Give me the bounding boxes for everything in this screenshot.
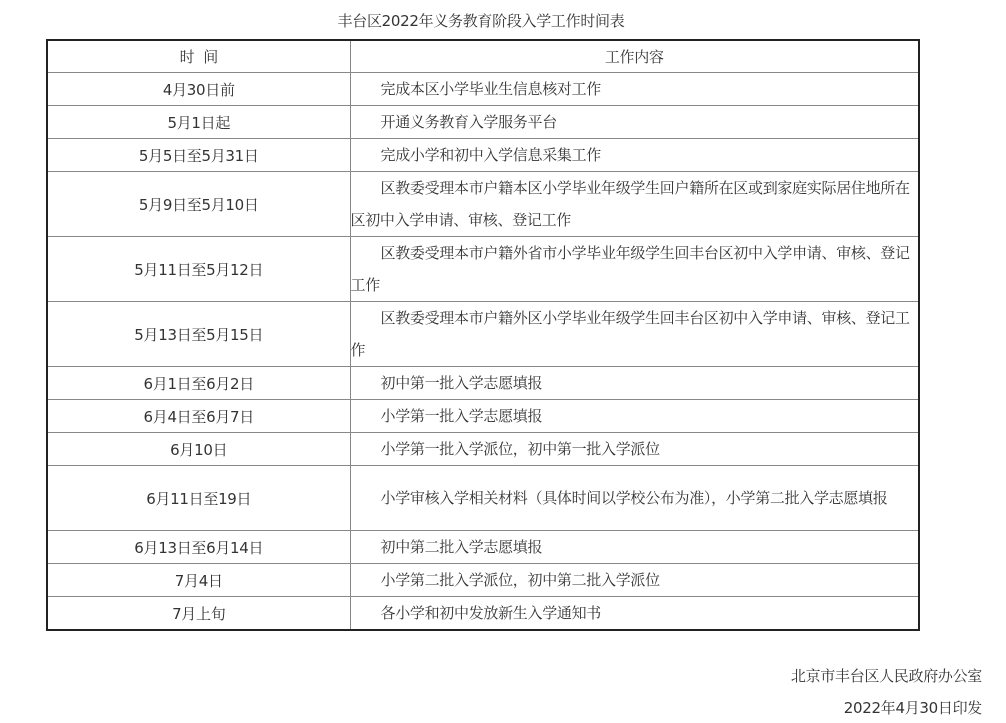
row-work: 区教委受理本市户籍外省市小学毕业年级学生回丰台区初中入学申请、审核、登记工作 bbox=[350, 237, 919, 302]
table-row: 5月11日至5月12日 区教委受理本市户籍外省市小学毕业年级学生回丰台区初中入学… bbox=[47, 237, 919, 302]
schedule-table: 时 间 工作内容 4月30日前 完成本区小学毕业生信息核对工作 5月1日起 开通… bbox=[46, 39, 920, 631]
row-time: 7月上旬 bbox=[47, 597, 350, 631]
row-work: 小学第一批入学志愿填报 bbox=[350, 400, 919, 433]
table-row: 7月上旬 各小学和初中发放新生入学通知书 bbox=[47, 597, 919, 631]
table-row: 6月13日至6月14日 初中第二批入学志愿填报 bbox=[47, 531, 919, 564]
row-time: 6月13日至6月14日 bbox=[47, 531, 350, 564]
row-work: 区教委受理本市户籍本区小学毕业年级学生回户籍所在区或到家庭实际居住地所在区初中入… bbox=[350, 172, 919, 237]
row-time: 6月1日至6月2日 bbox=[47, 367, 350, 400]
row-work: 初中第一批入学志愿填报 bbox=[350, 367, 919, 400]
table-row: 5月13日至5月15日 区教委受理本市户籍外区小学毕业年级学生回丰台区初中入学申… bbox=[47, 302, 919, 367]
row-work: 完成本区小学毕业生信息核对工作 bbox=[350, 73, 919, 106]
row-time: 5月13日至5月15日 bbox=[47, 302, 350, 367]
document-title: 丰台区2022年义务教育阶段入学工作时间表 bbox=[0, 10, 962, 32]
table-row: 5月5日至5月31日 完成小学和初中入学信息采集工作 bbox=[47, 139, 919, 172]
table-row: 5月9日至5月10日 区教委受理本市户籍本区小学毕业年级学生回户籍所在区或到家庭… bbox=[47, 172, 919, 237]
table-row: 6月1日至6月2日 初中第一批入学志愿填报 bbox=[47, 367, 919, 400]
row-time: 6月10日 bbox=[47, 433, 350, 466]
table-header-row: 时 间 工作内容 bbox=[47, 40, 919, 73]
row-time: 4月30日前 bbox=[47, 73, 350, 106]
table-row: 7月4日 小学第二批入学派位，初中第二批入学派位 bbox=[47, 564, 919, 597]
row-work: 开通义务教育入学服务平台 bbox=[350, 106, 919, 139]
row-time: 5月1日起 bbox=[47, 106, 350, 139]
header-work-content: 工作内容 bbox=[350, 40, 919, 73]
row-time: 6月11日至19日 bbox=[47, 466, 350, 531]
row-work: 区教委受理本市户籍外区小学毕业年级学生回丰台区初中入学申请、审核、登记工作 bbox=[350, 302, 919, 367]
table-row: 5月1日起 开通义务教育入学服务平台 bbox=[47, 106, 919, 139]
row-work: 各小学和初中发放新生入学通知书 bbox=[350, 597, 919, 631]
row-work: 小学第一批入学派位，初中第一批入学派位 bbox=[350, 433, 919, 466]
row-time: 6月4日至6月7日 bbox=[47, 400, 350, 433]
table-row: 6月11日至19日 小学审核入学相关材料（具体时间以学校公布为准），小学第二批入… bbox=[47, 466, 919, 531]
row-time: 5月11日至5月12日 bbox=[47, 237, 350, 302]
row-work: 完成小学和初中入学信息采集工作 bbox=[350, 139, 919, 172]
row-work: 小学审核入学相关材料（具体时间以学校公布为准），小学第二批入学志愿填报 bbox=[350, 466, 919, 531]
issue-date: 2022年4月30日印发 bbox=[844, 697, 982, 718]
header-time: 时 间 bbox=[47, 40, 350, 73]
row-time: 5月9日至5月10日 bbox=[47, 172, 350, 237]
table-row: 6月4日至6月7日 小学第一批入学志愿填报 bbox=[47, 400, 919, 433]
issuing-office: 北京市丰台区人民政府办公室 bbox=[791, 665, 982, 686]
table-row: 4月30日前 完成本区小学毕业生信息核对工作 bbox=[47, 73, 919, 106]
row-time: 5月5日至5月31日 bbox=[47, 139, 350, 172]
row-work: 初中第二批入学志愿填报 bbox=[350, 531, 919, 564]
row-time: 7月4日 bbox=[47, 564, 350, 597]
table-row: 6月10日 小学第一批入学派位，初中第一批入学派位 bbox=[47, 433, 919, 466]
row-work: 小学第二批入学派位，初中第二批入学派位 bbox=[350, 564, 919, 597]
